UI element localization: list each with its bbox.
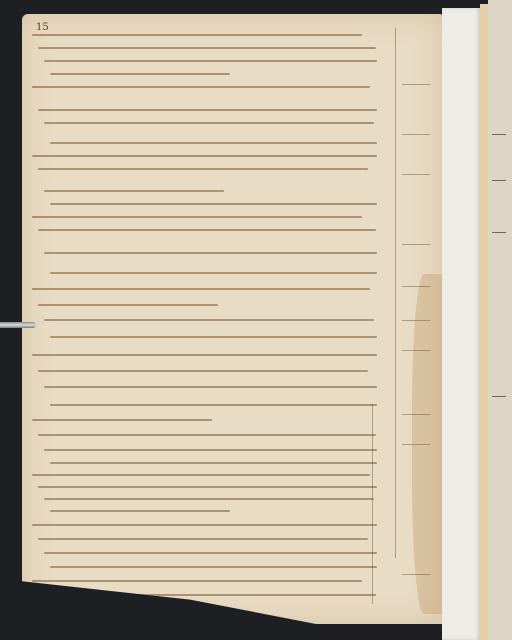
margin-note xyxy=(402,244,430,245)
handwriting-line xyxy=(32,580,362,582)
margin-note xyxy=(402,320,430,321)
margin-note xyxy=(402,444,430,445)
margin-rule xyxy=(395,28,396,558)
handwriting-line xyxy=(50,203,377,205)
handwriting-line xyxy=(38,229,376,231)
handwriting-line xyxy=(38,304,218,306)
margin-note xyxy=(402,286,430,287)
margin-note xyxy=(402,414,430,415)
handwriting-line xyxy=(44,190,224,192)
handwriting-line xyxy=(50,272,377,274)
handwriting-line xyxy=(32,216,362,218)
handwriting-line xyxy=(50,510,230,512)
handwriting-line xyxy=(50,404,377,406)
handwriting-line xyxy=(32,155,377,157)
handwriting-line xyxy=(50,566,377,568)
adjacent-note xyxy=(492,180,506,181)
handwriting-line xyxy=(38,168,368,170)
handwriting-line xyxy=(38,109,377,111)
handwriting-line xyxy=(44,449,377,451)
handwriting-line xyxy=(44,498,374,500)
handwriting-line xyxy=(38,486,377,488)
handwriting-line xyxy=(38,370,368,372)
blank-endpaper xyxy=(442,8,480,640)
handwriting-line xyxy=(44,252,377,254)
margin-note xyxy=(402,574,430,575)
handwriting-line xyxy=(44,60,377,62)
handwriting-line xyxy=(32,354,377,356)
handwriting-line xyxy=(38,594,376,596)
handwriting-line xyxy=(44,552,377,554)
handwriting-line xyxy=(32,419,212,421)
handwriting-line xyxy=(38,538,368,540)
page-number: 15 xyxy=(36,22,49,33)
handwriting-line xyxy=(32,34,362,36)
handwriting-line xyxy=(50,73,230,75)
handwriting-line xyxy=(50,142,377,144)
metal-pointer-clip xyxy=(0,322,36,328)
margin-note xyxy=(402,350,430,351)
handwriting-line xyxy=(32,524,377,526)
margin-note xyxy=(402,174,430,175)
adjacent-note xyxy=(492,396,506,397)
handwriting-line xyxy=(32,288,370,290)
handwriting-line xyxy=(32,86,370,88)
book-gutter xyxy=(480,4,488,640)
handwriting-line xyxy=(44,319,374,321)
handwriting-line xyxy=(38,434,376,436)
handwriting-line xyxy=(38,47,376,49)
margin-note xyxy=(402,134,430,135)
handwriting-line xyxy=(32,474,370,476)
adjacent-note xyxy=(492,232,506,233)
handwriting-line xyxy=(50,336,377,338)
handwriting-line xyxy=(44,122,374,124)
margin-note xyxy=(402,84,430,85)
adjacent-note xyxy=(492,134,506,135)
handwriting-line xyxy=(44,386,377,388)
adjacent-page xyxy=(488,0,512,640)
manuscript-page: 15 xyxy=(22,14,442,624)
handwriting-line xyxy=(50,462,377,464)
